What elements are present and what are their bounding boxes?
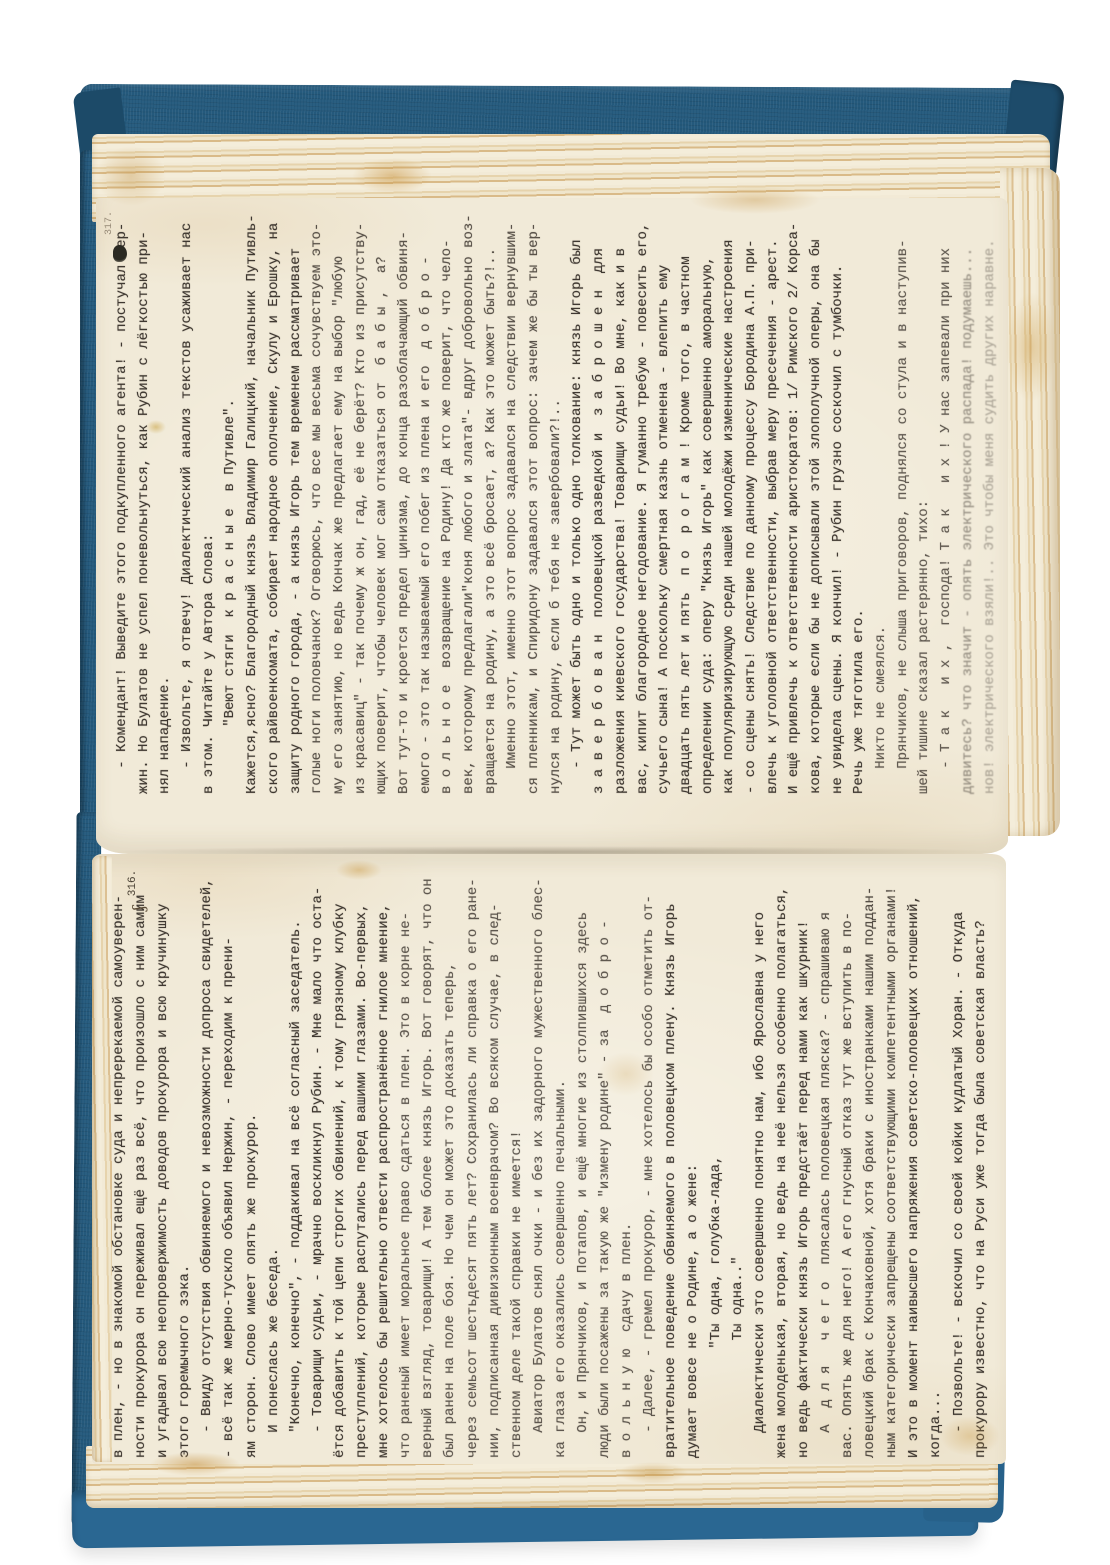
typed-line: жин. Но Булатов не успел поневольнуться,… bbox=[134, 212, 156, 794]
typed-line: в этом. Читайте у Автора Слова: bbox=[199, 212, 221, 794]
typed-line: - Комендант! Выведите этого подкупленног… bbox=[112, 212, 134, 794]
ink-blot bbox=[113, 245, 127, 262]
typed-line: кова, которые если бы не дописывали этой… bbox=[806, 212, 828, 794]
typed-line: вас. Опять же для него! А его гнусный от… bbox=[837, 866, 859, 1458]
typed-line: люди были посажены за такую же "измену р… bbox=[594, 866, 616, 1458]
typed-line: мне хотелось бы решительно отвести распр… bbox=[373, 866, 395, 1458]
typed-line: - Тут может быть одно и только одно толк… bbox=[567, 212, 589, 794]
typed-line: этого горемычного зэка. bbox=[174, 866, 196, 1458]
typed-line: емого - это так называемый его побег из … bbox=[416, 212, 438, 794]
page-number-316: 316. bbox=[116, 866, 150, 900]
typed-line: нял нападение. bbox=[155, 212, 177, 794]
typed-line: нов! электрического взяли!.. Это чтобы м… bbox=[980, 212, 1002, 794]
typed-line: думает вовсе не о Родине, а о жене: bbox=[682, 866, 704, 1458]
typed-line: Прянчиков, не слыша приговоров, поднялся… bbox=[893, 212, 915, 794]
typed-line: Ты одна.." bbox=[727, 866, 749, 1458]
typed-line: двадцать пять лет и пять п о р о г а м !… bbox=[676, 212, 698, 794]
typed-line: влечь к уголовной ответственности, выбра… bbox=[763, 212, 785, 794]
typed-line: и угадывал всю неопровержимость доводов … bbox=[152, 866, 174, 1458]
typed-line: но ведь фактически князь Игорь предстаёт… bbox=[793, 866, 815, 1458]
typed-line: разложения киевского государства! Товари… bbox=[611, 212, 633, 794]
typed-line: ям сторон. Слово имеет опять же прокурор… bbox=[241, 866, 263, 1458]
typed-line: - всё так же мерно-тускло объявил Нержин… bbox=[218, 866, 240, 1458]
page-317-text-block: - Комендант! Выведите этого подкупленног… bbox=[112, 212, 1002, 794]
typed-line: Никто не смеялся. bbox=[871, 212, 893, 794]
typed-line: что раненый имеет моральное право сдатьс… bbox=[395, 866, 417, 1458]
typed-line: И это в момент наивысшего напряжения сов… bbox=[903, 866, 925, 1458]
typed-line: И понеслась же беседа. bbox=[263, 866, 285, 1458]
typed-line: ся пленникам, и Спиридону задавался этот… bbox=[524, 212, 546, 794]
typed-line: ка глаза его оказались совершенно печаль… bbox=[550, 866, 572, 1458]
typed-line: голые ноги половчанок? Оговорюсь, что вс… bbox=[307, 212, 329, 794]
typed-line: ловецкий брак с Кончаковной, хотя браки … bbox=[859, 866, 881, 1458]
typed-line: "Ты одна, голубка-лада, bbox=[705, 866, 727, 1458]
typed-line: ности прокурора он переживал ещё раз всё… bbox=[130, 866, 152, 1458]
page-block-right-edges bbox=[1000, 168, 1060, 836]
typed-line: - Товарищи судьи, - мрачно воскликнул Ру… bbox=[307, 866, 329, 1458]
typed-line: - со сцены снять! Следствие по данному п… bbox=[741, 212, 763, 794]
typed-line: когда... bbox=[925, 866, 947, 1458]
typed-line: И ещё привлечь к ответственности аристок… bbox=[784, 212, 806, 794]
typed-line: "Конечно, конечно", - поддакивал на всё … bbox=[285, 866, 307, 1458]
typed-line: вас, кипит благородное негодование. Я гу… bbox=[633, 212, 655, 794]
typed-line: ственном деле такой справки не имеется! bbox=[506, 866, 528, 1458]
typed-line: Диалектически это совершенно понятно нам… bbox=[749, 866, 771, 1458]
typed-line: прокурору известно, что на Руси уже тогд… bbox=[970, 866, 992, 1458]
typed-line: определении суда: оперу "Князь Игорь" ка… bbox=[698, 212, 720, 794]
handwritten-mark: ʃ bbox=[126, 896, 150, 920]
typed-line: Он, и Прянчиков, и Потапов, и ещё многие… bbox=[572, 866, 594, 1458]
typed-line: ным категорически запрещены соответствую… bbox=[881, 866, 903, 1458]
typed-line: А д л я ч е г о плясалась половецкая пля… bbox=[815, 866, 837, 1458]
typed-line: Авиатор Булатов снял очки - и без их зад… bbox=[528, 866, 550, 1458]
typed-line: верный взгляд, товарищи! А тем более кня… bbox=[417, 866, 439, 1458]
typed-line: через семьсот шестьдесят пять лет? Сохра… bbox=[462, 866, 484, 1458]
typed-line: был ранен на поле боя. Но чем он может э… bbox=[439, 866, 461, 1458]
typed-line: Кажется,ясно? Благородный князь Владимир… bbox=[242, 212, 264, 794]
typed-line: век, которому предлагали"коня любого и з… bbox=[459, 212, 481, 794]
typed-line: шей тишине сказал растерянно, тихо: bbox=[914, 212, 936, 794]
typed-line: жена молоденькая, вторая, но ведь на неё… bbox=[771, 866, 793, 1458]
page-317-typed-lines: - Комендант! Выведите этого подкупленног… bbox=[112, 212, 1002, 794]
typed-line: з а в е р б о в а н половецкой разведкой… bbox=[589, 212, 611, 794]
typed-line: из красавиц" - так почему ж он, гад, её … bbox=[351, 212, 373, 794]
typed-line: ющих поверит, чтобы человек мог сам отка… bbox=[372, 212, 394, 794]
typed-line: в плен, - но в знакомой обстановке суда … bbox=[108, 866, 130, 1458]
typed-line: вращается на родину, а это всё бросает, … bbox=[481, 212, 503, 794]
typed-line: Речь уже тяготила его. bbox=[849, 212, 871, 794]
page-number-317: 317. bbox=[92, 206, 126, 240]
typed-line: - Позвольте! - вскочил со своей койки ку… bbox=[948, 866, 970, 1458]
typed-line: - Далее, - гремел прокурор, - мне хотело… bbox=[638, 866, 660, 1458]
typed-line: сучьего сына! А поскольку смертная казнь… bbox=[654, 212, 676, 794]
typed-line: "Веют стяги к р а с н ы е в Путивле". bbox=[220, 212, 242, 794]
typed-line: нии, подписанная дивизионным военврачом?… bbox=[484, 866, 506, 1458]
typed-line: ётся добавить к той цепи строгих обвинен… bbox=[329, 866, 351, 1458]
page-316-text-block: в плен, - но в знакомой обстановке суда … bbox=[108, 866, 992, 1458]
typed-line: дивитесь? что значит - опять электрическ… bbox=[958, 212, 980, 794]
typed-line: в о л ь н о е возвращение на Родину! Да … bbox=[437, 212, 459, 794]
typed-line: - Извольте, я отвечу! Диалектический ана… bbox=[177, 212, 199, 794]
typed-line: - Ввиду отсутствия обвиняемого и невозмо… bbox=[196, 866, 218, 1458]
page-316-typed-lines: в плен, - но в знакомой обстановке суда … bbox=[108, 866, 992, 1458]
typed-line: Именно этот, именно этот вопрос задавалс… bbox=[502, 212, 524, 794]
typed-line: не увидела сцены. Я кончил! - Рубин груз… bbox=[828, 212, 850, 794]
typed-line: вратительное поведение обвиняемого в пол… bbox=[660, 866, 682, 1458]
typed-line: - Т а к и х , господа! Т а к и х ! У нас… bbox=[936, 212, 958, 794]
typed-line: Вот тут-то и кроется предел цинизма, до … bbox=[394, 212, 416, 794]
typed-line: нулся на родину, если б тебя не завербов… bbox=[546, 212, 568, 794]
typed-line: в о л ь н у ю сдачу в плен. bbox=[616, 866, 638, 1458]
typed-line: ского райвоенкомата, собирает народное о… bbox=[264, 212, 286, 794]
typed-line: как популяризирующую среди нашей молодёж… bbox=[719, 212, 741, 794]
typed-line: му его занятию, но ведь Кончак же предла… bbox=[329, 212, 351, 794]
typed-line: преступлений, которые распутались перед … bbox=[351, 866, 373, 1458]
typed-line: защиту родного города, - а князь Игорь т… bbox=[286, 212, 308, 794]
photo-of-open-book: { "photo": { "background": "#ffffff" }, … bbox=[0, 0, 1110, 1565]
